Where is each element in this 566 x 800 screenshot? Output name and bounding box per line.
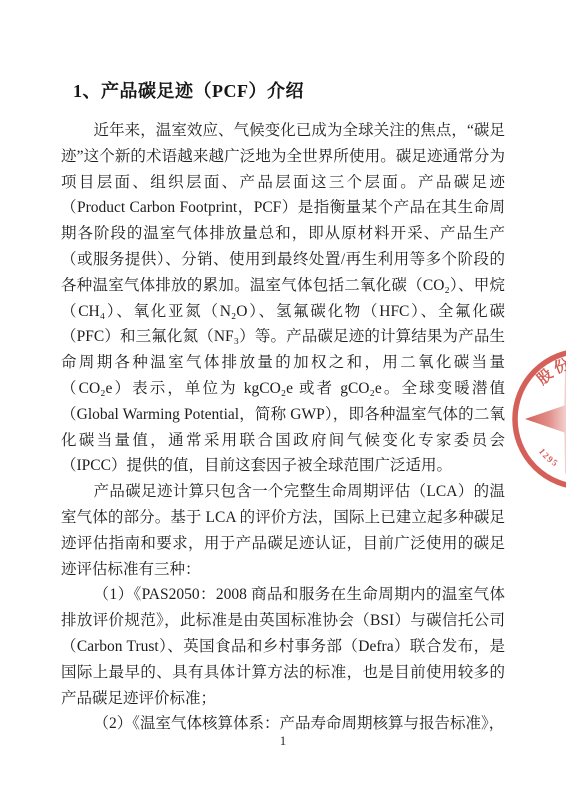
page-number: 1	[0, 733, 566, 749]
body-paragraph: （1）《PAS2050：2008 商品和服务在生命周期内的温室气体排放评价规范》…	[61, 582, 505, 711]
document-page: 1、产品碳足迹（PCF）介绍 近年来，温室效应、气候变化已成为全球关注的焦点，“…	[0, 0, 566, 800]
company-seal-stamp: 股份 1295	[498, 330, 566, 500]
section-heading: 1、产品碳足迹（PCF）介绍	[73, 80, 505, 102]
body-paragraph: 近年来，温室效应、气候变化已成为全球关注的焦点，“碳足迹”这个新的术语越来越广泛…	[61, 118, 505, 479]
seal-serial-number: 1295	[537, 446, 561, 469]
document-body: 1、产品碳足迹（PCF）介绍 近年来，温室效应、气候变化已成为全球关注的焦点，“…	[61, 80, 505, 737]
body-paragraph: 产品碳足迹计算只包含一个完整生命周期评估（LCA）的温室气体的部分。基于 LCA…	[61, 479, 505, 582]
